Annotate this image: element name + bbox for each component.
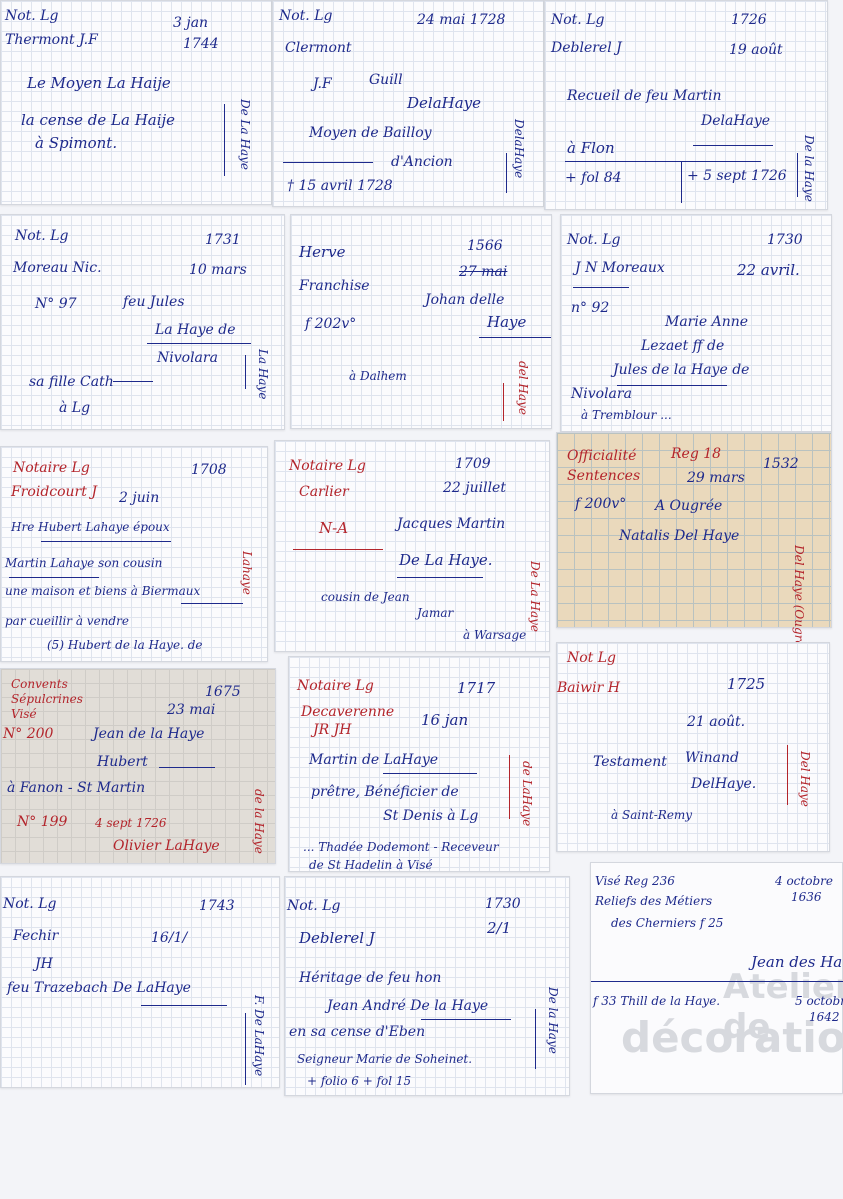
card-12-line-3: DelHaye. <box>691 777 756 791</box>
card-7-line-5: (5) Hubert de la Haye. de <box>47 639 202 651</box>
card-3-margin-label: De la Haye <box>803 135 815 202</box>
card-1-margin-rule <box>224 104 225 176</box>
card-7-rule-3 <box>181 603 243 604</box>
card-8-name: Carlier <box>299 485 349 499</box>
card-8-rule-2 <box>397 577 483 578</box>
card-4-line-5: à Lg <box>59 401 90 415</box>
card-10-year: 1675 <box>205 685 241 699</box>
card-5-struck-date: 27 mai <box>459 265 507 279</box>
card-8-line-5: à Warsage <box>463 629 526 641</box>
index-card-4: Not. Lg 1731 Moreau Nic. 10 mars N° 97 f… <box>0 214 285 430</box>
card-11-name: Decaverenne <box>301 705 394 719</box>
card-7-line-4: par cueillir à vendre <box>5 615 129 627</box>
card-13-notary: Not. Lg <box>3 897 56 911</box>
card-7-rule-2 <box>9 577 99 578</box>
card-5-rule <box>479 337 551 338</box>
card-5-place: Franchise <box>299 279 370 293</box>
card-14-line-1: Héritage de feu hon <box>299 971 441 985</box>
card-3-divider <box>681 161 682 203</box>
card-15-entry-2: f 33 Thill de la Haye. <box>593 995 720 1007</box>
card-14-year: 1730 <box>485 897 521 911</box>
card-1-year: 1744 <box>183 37 219 51</box>
card-7-name: Froidcourt J <box>11 485 97 499</box>
card-3-folio-note: + fol 84 <box>565 171 622 185</box>
card-3-name: Deblerel J <box>551 41 622 55</box>
index-card-2: Not. Lg 24 mai 1728 Clermont J.F Guill D… <box>272 0 544 207</box>
card-6-line-2: Lezaet ff de <box>641 339 724 353</box>
card-6-line-1: Marie Anne <box>665 315 748 329</box>
card-9-register: Reg 18 <box>671 447 721 461</box>
card-3-line-2: DelaHaye <box>701 114 770 128</box>
card-6-rule <box>573 287 629 288</box>
card-10-name-2: Olivier LaHaye <box>113 839 220 853</box>
card-11-rule <box>383 773 477 774</box>
card-7-margin-label: Lahaye <box>241 551 253 595</box>
card-15-date-2: 5 octobre <box>795 995 843 1007</box>
card-1-line-1: Le Moyen La Haije <box>27 76 171 91</box>
card-3-rule-a <box>693 145 773 146</box>
card-11-notary: Notaire Lg <box>297 679 374 693</box>
card-11-date: 16 jan <box>421 713 468 728</box>
card-1-date: 3 jan <box>173 16 208 30</box>
card-13-year: 1743 <box>199 899 235 913</box>
card-10-number: N° 200 <box>3 727 53 741</box>
card-3-line-1: Recueil de feu Martin <box>567 89 722 103</box>
card-15-line-1: Reliefs des Métiers <box>595 895 712 907</box>
card-4-year: 1731 <box>205 233 241 247</box>
index-card-12: Not Lg Baiwir H 1725 21 août. Testament … <box>556 642 830 852</box>
card-5-folio: f 202v° <box>305 317 356 331</box>
card-6-line-5: à Tremblour ... <box>581 409 672 421</box>
card-7-line-3: une maison et biens à Biermaux <box>5 585 200 597</box>
index-card-15: Atelier de décoration Visé Reg 236 4 oct… <box>590 862 843 1094</box>
card-11-line-4: ... Thadée Dodemont - Receveur <box>303 841 499 853</box>
index-card-14: Not. Lg 1730 2/1 Deblerel J Héritage de … <box>284 876 570 1096</box>
card-4-rule <box>147 343 251 344</box>
card-5-margin-rule <box>503 383 504 421</box>
card-7-line-2: Martin Lahaye son cousin <box>5 557 162 569</box>
card-5-margin-label: del Haye <box>517 361 529 415</box>
card-6-line-3: Jules de la Haye de <box>613 363 749 377</box>
card-4-margin-label: La Haye <box>257 349 269 399</box>
card-14-line-2: Jean André De la Haye <box>327 999 488 1013</box>
card-5-line-1: Johan delle <box>425 293 504 307</box>
card-7-rule-1 <box>41 541 171 542</box>
card-11-line-2: prêtre, Bénéficier de <box>311 785 459 799</box>
card-14-line-4: Seigneur Marie de Soheinet. <box>297 1053 472 1065</box>
card-5-line-2: Haye <box>487 315 526 330</box>
card-4-line-2: La Haye de <box>155 323 236 337</box>
card-1-notary: Not. Lg <box>5 9 58 23</box>
card-10-line-1: Jean de la Haye <box>93 727 204 741</box>
card-4-number: N° 97 <box>35 297 77 311</box>
card-9-folio: f 200v° <box>575 497 626 511</box>
card-3-line-3: à Flon <box>567 141 615 156</box>
card-15-year: 1636 <box>791 891 822 903</box>
card-11-initials: JR JH <box>313 723 351 737</box>
card-4-margin-rule <box>245 355 246 389</box>
card-14-rule <box>421 1019 511 1020</box>
card-15-rule <box>591 981 843 982</box>
card-6-line-4: Nivolara <box>571 387 632 401</box>
card-8-line-4: Jamar <box>417 607 453 619</box>
card-9-line-2: Natalis Del Haye <box>619 529 739 543</box>
index-card-8: Notaire Lg 1709 Carlier 22 juillet N-A J… <box>274 440 550 652</box>
card-2-line-4: d'Ancion <box>391 155 453 169</box>
card-8-line-2: De La Haye. <box>399 553 493 568</box>
card-4-line-4: sa fille Cath <box>29 375 114 389</box>
card-8-line-1: Jacques Martin <box>397 517 505 531</box>
card-6-notary: Not. Lg <box>567 233 620 247</box>
card-5-year: 1566 <box>467 239 503 253</box>
card-12-margin-label: Del Haye <box>799 751 811 807</box>
card-1-line-2: la cense de La Haije <box>21 113 175 128</box>
card-3-death-note: + 5 sept 1726 <box>687 169 787 183</box>
card-12-year: 1725 <box>727 677 765 692</box>
card-11-margin-label: de LaHaye <box>521 761 533 826</box>
card-11-line-1: Martin de LaHaye <box>309 753 438 767</box>
card-8-notary: Notaire Lg <box>289 459 366 473</box>
card-2-death-note: † 15 avril 1728 <box>287 179 393 193</box>
index-card-7: Notaire Lg 1708 Froidcourt J 2 juin Hre … <box>0 446 268 662</box>
card-10-date: 23 mai <box>167 703 215 717</box>
card-9-date: 29 mars <box>687 471 745 485</box>
card-12-line-4: à Saint-Remy <box>611 809 692 821</box>
card-8-rule <box>293 549 383 550</box>
card-12-line-1: Testament <box>593 755 667 769</box>
card-15-line-2: des Cherniers f 25 <box>611 917 723 929</box>
card-11-margin-rule <box>509 755 510 819</box>
card-8-initials: N-A <box>319 521 348 536</box>
card-5-line-3: à Dalhem <box>349 370 407 382</box>
card-7-date: 2 juin <box>119 491 159 505</box>
card-2-margin-rule <box>506 153 507 193</box>
index-card-3: Not. Lg 1726 Deblerel J 19 août Recueil … <box>544 0 828 210</box>
card-6-year: 1730 <box>767 233 803 247</box>
card-13-rule <box>141 1005 227 1006</box>
card-1-name: Thermont J.F <box>5 33 98 47</box>
card-6-rule-2 <box>617 385 727 386</box>
index-card-11: Notaire Lg 1717 Decaverenne JR JH 16 jan… <box>288 656 550 872</box>
card-4-rule-2 <box>113 381 153 382</box>
card-7-year: 1708 <box>191 463 227 477</box>
card-12-margin-rule <box>787 745 788 805</box>
card-3-margin-rule <box>797 153 798 197</box>
card-1-margin-label: De La Haye <box>239 99 251 170</box>
card-8-year: 1709 <box>455 457 491 471</box>
card-2-line-2: DelaHaye <box>407 96 481 111</box>
card-14-line-5: + folio 6 + fol 15 <box>307 1075 411 1087</box>
index-card-6: Not. Lg 1730 J N Moreaux 22 avril. n° 92… <box>560 214 832 432</box>
card-10-margin-label: de la Haye <box>253 789 265 854</box>
card-4-date: 10 mars <box>189 263 247 277</box>
card-14-date: 2/1 <box>487 921 511 936</box>
card-13-margin-label: F. De LaHaye <box>253 995 265 1076</box>
card-3-notary: Not. Lg <box>551 13 604 27</box>
card-11-line-3: St Denis à Lg <box>383 809 478 823</box>
card-6-number: n° 92 <box>571 301 609 315</box>
card-13-name: Fechir <box>13 929 58 943</box>
card-11-year: 1717 <box>457 681 495 696</box>
card-2-date: 24 mai 1728 <box>417 13 505 27</box>
card-14-line-3: en sa cense d'Eben <box>289 1025 425 1039</box>
card-6-date: 22 avril. <box>737 263 800 278</box>
index-card-1: Not. Lg Thermont J.F 3 jan 1744 Le Moyen… <box>0 0 272 205</box>
card-5-name: Herve <box>299 245 345 260</box>
card-9-line-1: A Ougrée <box>655 499 722 513</box>
card-13-line-1: feu Trazebach De LaHaye <box>7 981 191 995</box>
card-9-year: 1532 <box>763 457 799 471</box>
card-10-line-2: Hubert <box>97 755 148 769</box>
card-8-margin-label: De La Haye <box>529 561 541 632</box>
card-9-source: Officialité Sentences <box>567 447 647 486</box>
card-2-separator <box>283 162 373 163</box>
card-4-notary: Not. Lg <box>15 229 68 243</box>
card-13-date: 16/1/ <box>151 931 187 945</box>
card-8-date: 22 juillet <box>443 481 506 495</box>
card-12-notary: Not Lg <box>567 651 616 665</box>
card-14-notary: Not. Lg <box>287 899 340 913</box>
card-12-line-2: Winand <box>685 751 739 765</box>
card-10-date-2: 4 sept 1726 <box>95 817 167 829</box>
card-8-line-3: cousin de Jean <box>321 591 410 603</box>
card-15-line-3: Jean des Haie <box>751 955 843 970</box>
card-2-initials: J.F <box>313 77 332 91</box>
index-card-9: Officialité Sentences Reg 18 1532 29 mar… <box>556 432 832 628</box>
card-2-notary: Not. Lg <box>279 9 332 23</box>
card-2-line-1: Guill <box>369 73 403 87</box>
card-2-line-3: Moyen de Bailloy <box>309 126 432 140</box>
card-6-name: J N Moreaux <box>575 261 665 275</box>
card-15-source: Visé Reg 236 <box>595 875 675 887</box>
card-3-rule-b <box>565 161 761 162</box>
card-3-date: 19 août <box>729 43 783 57</box>
index-card-5: Herve 1566 27 mai Franchise Johan delle … <box>290 214 552 429</box>
card-4-name: Moreau Nic. <box>13 261 102 275</box>
card-15-year-2: 1642 <box>809 1011 840 1023</box>
card-14-name: Deblerel J <box>299 931 375 946</box>
card-11-line-5: de St Hadelin à Visé <box>309 859 433 871</box>
card-2-name: Clermont <box>285 41 352 55</box>
card-4-line-1: feu Jules <box>123 295 185 309</box>
card-10-number-2: N° 199 <box>17 815 67 829</box>
card-3-year: 1726 <box>731 13 767 27</box>
card-12-date: 21 août. <box>687 715 745 729</box>
card-13-initials: JH <box>35 957 53 971</box>
card-1-line-3: à Spimont. <box>35 136 117 151</box>
index-card-10: Convents Sépulcrines Visé N° 200 1675 23… <box>0 668 276 864</box>
card-10-line-3: à Fanon - St Martin <box>7 781 145 795</box>
card-2-margin-label: DelaHaye <box>513 119 525 178</box>
card-7-line-1: Hre Hubert Lahaye époux <box>11 521 170 533</box>
index-card-13: Not. Lg 1743 Fechir 16/1/ JH feu Trazeba… <box>0 876 280 1088</box>
card-13-margin-rule <box>245 1013 246 1085</box>
card-14-margin-label: De la Haye <box>547 987 559 1054</box>
card-10-source: Convents Sépulcrines Visé <box>11 677 75 722</box>
card-15-date: 4 octobre <box>775 875 833 887</box>
card-4-line-3: Nivolara <box>157 351 218 365</box>
card-14-margin-rule <box>535 1009 536 1069</box>
card-12-name: Baiwir H <box>557 681 620 695</box>
card-10-rule <box>159 767 215 768</box>
card-7-notary: Notaire Lg <box>13 461 90 475</box>
